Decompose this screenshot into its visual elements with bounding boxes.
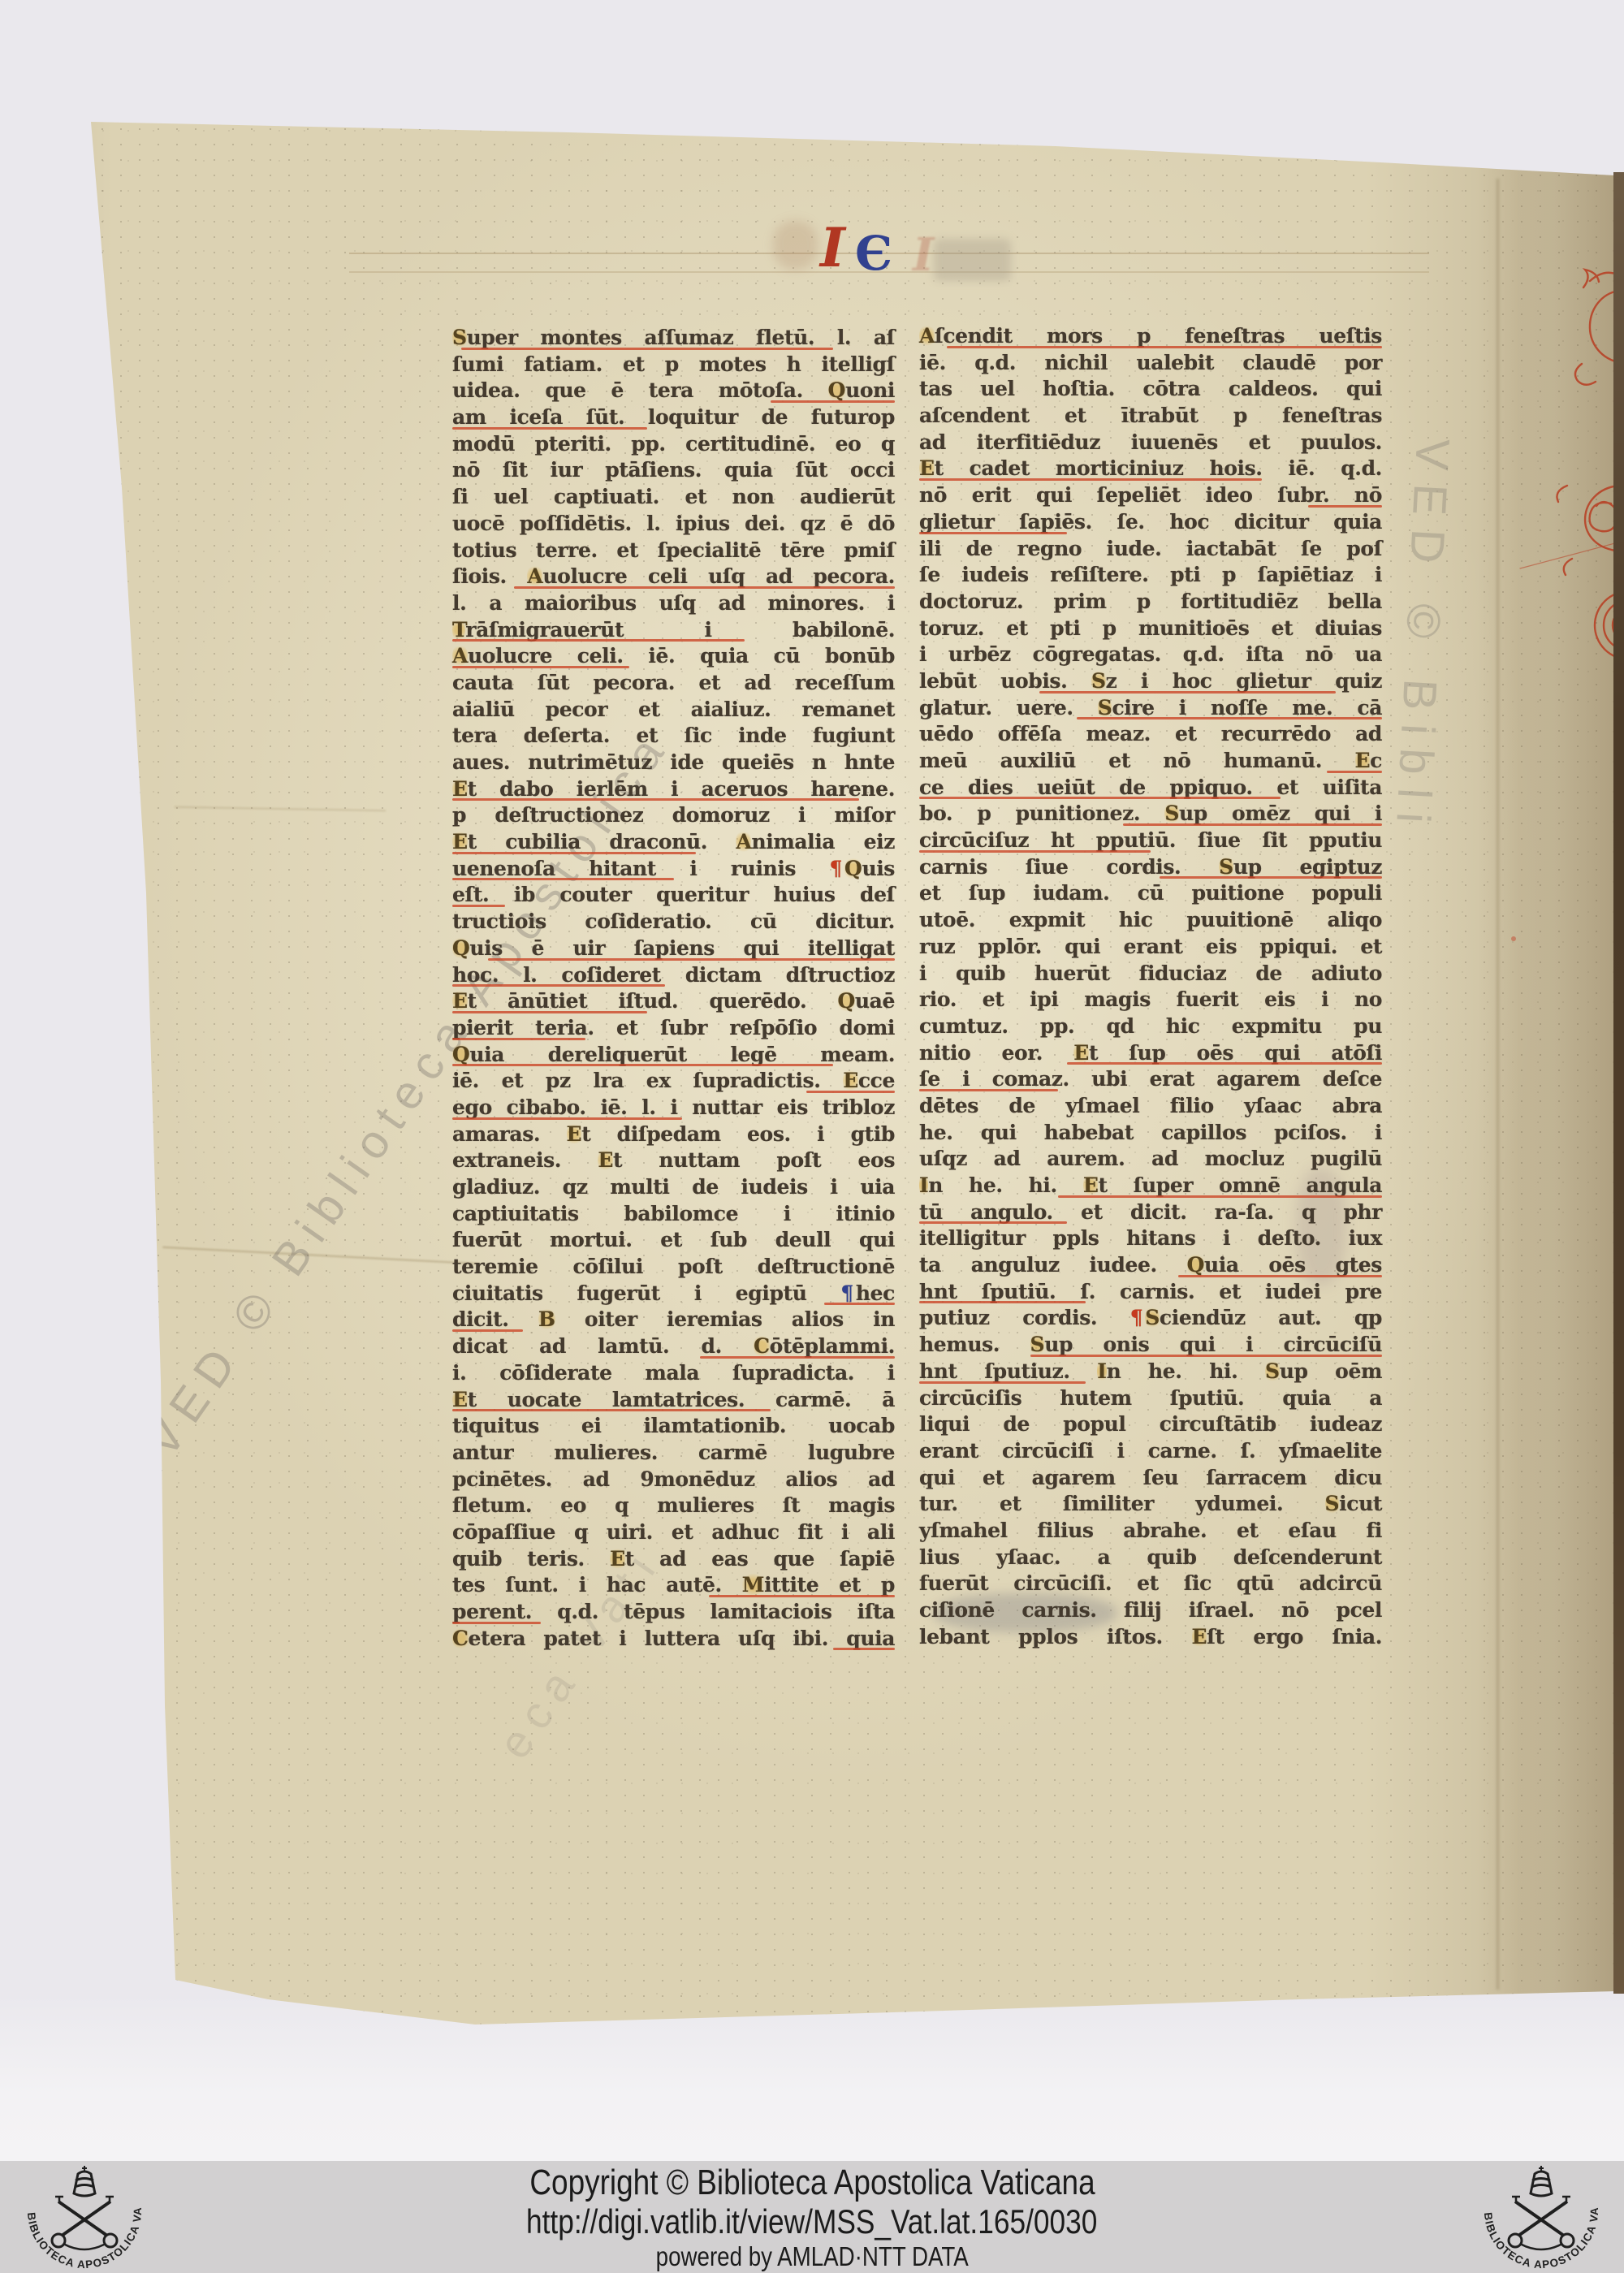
- gold-touched-initial: A: [527, 564, 542, 588]
- manuscript-text-line: iē. et pz lra ex ſupradictis. Ecce: [452, 1068, 895, 1095]
- parchment-crease: [175, 806, 386, 812]
- red-underline: [1178, 1275, 1382, 1277]
- manuscript-text-line: i quib huerūt fiduciaz de adiuto: [919, 961, 1382, 987]
- manuscript-text-line: putiuz cordis. ¶Sciendūz aut. qp: [919, 1305, 1382, 1332]
- manuscript-text-line: hnt ſputiuz. In he. hi. Sup oēm: [919, 1359, 1382, 1385]
- manuscript-text-line: uidea. que ē tera mōtoſa. Quoni: [452, 378, 895, 404]
- manuscript-text-line: erant circūciſi i carne. ſ. yſmaelite: [919, 1438, 1382, 1465]
- manuscript-text-line: Et uocate lamtatrices. carmē. ā: [452, 1387, 895, 1414]
- manuscript-text-line: hnt ſputiū. ſ. carnis. et iudei pre: [919, 1279, 1382, 1306]
- manuscript-text-line: nitio eor. Et ſup oēs qui atōſi: [919, 1040, 1382, 1067]
- manuscript-text-line: glatur. uere. Scire i noſſe me. cā: [919, 695, 1382, 722]
- red-underline: [452, 666, 629, 668]
- manuscript-text-line: Auolucre celi. iē. quia cū bonūb: [452, 643, 895, 670]
- manuscript-text-line: am iceſa ſūt. loquitur de futurop: [452, 404, 895, 431]
- running-title-letter-blue: Є: [855, 230, 892, 277]
- manuscript-text-line: i urbēz cōgregatas. q.d. iſta nō ua: [919, 642, 1382, 668]
- logo-arc-text: BIBLIOTECA APOSTOLICA VATICANA: [1467, 2153, 1600, 2271]
- manuscript-text-line: cōpaſſiue q uiri. et adhuc fit i ali: [452, 1519, 895, 1546]
- manuscript-text-line: eſt. ib couter queritur huius deſ: [452, 882, 895, 909]
- manuscript-text-line: antur mulieres. carmē lugubre: [452, 1440, 895, 1467]
- manuscript-text-line: lebant pplos iſtos. Eſt ergo ſnia.: [919, 1624, 1382, 1651]
- red-underline: [452, 1622, 541, 1624]
- manuscript-scan-viewer: I Є I RESERVED © Biblioteca Apostolica V…: [0, 0, 1624, 2273]
- manuscript-text-line: ta anguluz iudee. Quia oēs gtes: [919, 1252, 1382, 1279]
- manuscript-text-line: itelligitur ppls hitans i deſto. iux: [919, 1225, 1382, 1252]
- manuscript-text-line: Aſcendit mors p feneſtras ueſtis: [919, 323, 1382, 350]
- manuscript-text-line: glietur ſapiēs. ſe. hoc dicitur quia: [919, 509, 1382, 536]
- manuscript-text-line: fletum. eo q mulieres ſt magis: [452, 1493, 895, 1519]
- blue-paragraph-mark: ¶: [840, 1281, 853, 1305]
- manuscript-text-line: circūciſis hutem ſputiū. quia a: [919, 1385, 1382, 1412]
- manuscript-text-line: lebūt uobis. Sz i hoc glietur quiz: [919, 668, 1382, 695]
- manuscript-text-line: qui et agarem ſeu ſarracem dicu: [919, 1465, 1382, 1492]
- manuscript-text-line: totius terre. et ſpecialitē tēre pmiſ: [452, 538, 895, 564]
- red-underline: [452, 1409, 771, 1411]
- manuscript-text-line: ciſionē carnis. filij iſrael. nō pcel: [919, 1597, 1382, 1624]
- manuscript-text-line: Et ānūtiet iſtud. querēdo. Quaē: [452, 988, 895, 1015]
- gold-touched-initial: E: [1073, 1041, 1089, 1065]
- gold-touched-initial: S: [1219, 855, 1233, 879]
- gold-touched-initial: A: [452, 644, 468, 668]
- red-underline: [1308, 505, 1382, 508]
- gold-touched-initial: B: [538, 1307, 555, 1331]
- manuscript-text-line: quib teris. Et ad eas que ſapiē: [452, 1546, 895, 1573]
- manuscript-text-line: aialiū pecor et aialiuz. remanet: [452, 697, 895, 724]
- gold-touched-initial: E: [598, 1148, 613, 1172]
- red-underline: [452, 1329, 523, 1332]
- manuscript-text-line: ce dies ueiūt de ppiquo. et uiſita: [919, 775, 1382, 802]
- red-paragraph-mark: ¶: [830, 857, 843, 880]
- running-title-letter-red: I: [820, 221, 845, 274]
- manuscript-text-line: teremie cōſilui poſt deſtructionē: [452, 1254, 895, 1281]
- red-underline: [919, 1221, 1067, 1224]
- manuscript-text-line: perent. q.d. tēpus lamitaciois iſta: [452, 1599, 895, 1626]
- manuscript-text-line: hemus. Sup onis qui i circūciſū: [919, 1332, 1382, 1359]
- gold-touched-initial: E: [567, 1122, 582, 1146]
- manuscript-text-line: dētes de yſmael filio yſaac abra: [919, 1093, 1382, 1120]
- manuscript-text-line: ad iterfitiēduz iuuenēs et puulos.: [919, 430, 1382, 456]
- manuscript-text-line: l. a maioribus uſq ad minores. i: [452, 590, 895, 617]
- manuscript-text-line: he. qui habebat capillos pciſos. i: [919, 1120, 1382, 1147]
- gold-touched-initial: E: [452, 830, 468, 853]
- manuscript-text-line: tera deſerta. et ſic inde fugiunt: [452, 723, 895, 750]
- manuscript-text-line: ſiois. Auolucre celi uſq ad pecora.: [452, 564, 895, 590]
- gold-touched-initial: Q: [1187, 1253, 1204, 1277]
- red-underline: [700, 1356, 895, 1359]
- red-underline: [947, 346, 1382, 348]
- red-underline: [1030, 1355, 1382, 1357]
- manuscript-text-line: circūciſuz ht pputiū. ſiue ſit pputiu: [919, 828, 1382, 854]
- gold-touched-initial: Q: [828, 378, 845, 402]
- red-underline: [771, 400, 895, 403]
- svg-text:BIBLIOTECA APOSTOLICA VATICANA: BIBLIOTECA APOSTOLICA VATICANA: [1467, 2153, 1600, 2271]
- manuscript-text-line: Et dabo ierlēm i aceruos harene.: [452, 776, 895, 803]
- manuscript-text-line: lius yſaac. a quib deſcenderunt: [919, 1545, 1382, 1571]
- manuscript-text-line: utoē. expmit hic puuitionē aliqo: [919, 907, 1382, 934]
- gold-touched-initial: A: [919, 324, 935, 348]
- manuscript-text-line: Quia dereliquerūt legē meam.: [452, 1042, 895, 1069]
- manuscript-text-line: tes ſunt. i hac autē. Mittite et p: [452, 1572, 895, 1599]
- gold-touched-initial: S: [1098, 696, 1112, 719]
- red-underline: [488, 958, 895, 961]
- gold-touched-initial: S: [452, 326, 467, 349]
- manuscript-text-line: p deſtructionez domoruz i miſor: [452, 802, 895, 829]
- gutter-crease: [1497, 179, 1499, 1990]
- manuscript-text-line: toruz. et pti p munitioēs et diuias: [919, 616, 1382, 642]
- red-underline: [1077, 717, 1382, 719]
- manuscript-text-line: ruz pplōr. qui erant eis ppiqui. et: [919, 934, 1382, 961]
- gold-touched-initial: E: [1192, 1625, 1207, 1649]
- manuscript-text-line: Super montes aſſumaz fletū. l. aſ: [452, 325, 895, 352]
- gold-touched-initial: A: [736, 830, 751, 853]
- manuscript-text-line: tiquitus ei ilamtationib. uocab: [452, 1413, 895, 1440]
- manuscript-text-line: uēdo offēſa meaz. et recurrēdo ad: [919, 721, 1382, 748]
- gold-touched-initial: Q: [844, 857, 862, 880]
- footer-copyright: Copyright © Biblioteca Apostolica Vatica…: [529, 2165, 1095, 2201]
- red-underline: [919, 478, 1262, 481]
- red-underline: [709, 1595, 895, 1597]
- manuscript-text-line: tructiois coſideratio. cū dicitur.: [452, 909, 895, 936]
- watermark-right-fragment: VED © Bibli: [1384, 437, 1460, 838]
- manuscript-text-line: Et cadet morticiniuz hois. iē. q.d.: [919, 456, 1382, 482]
- manuscript-text-line: uſqz ad aurem. ad mocluz pugilū: [919, 1146, 1382, 1173]
- red-underline: [919, 532, 1067, 534]
- logo-arc-text: BIBLIOTECA APOSTOLICA VATICANA: [11, 2153, 144, 2271]
- manuscript-text-line: liqui de popul circuſtātib iudeaz: [919, 1411, 1382, 1438]
- manuscript-text-line: aues. nutrimētuz ide queiēs n hnte: [452, 750, 895, 776]
- manuscript-text-line: tū angulo. et dicit. ra-ſa. q phr: [919, 1199, 1382, 1226]
- gold-touched-initial: Q: [452, 936, 469, 960]
- red-underline: [452, 1038, 585, 1040]
- red-underline: [1067, 1062, 1382, 1065]
- manuscript-text-line: tas uel hoſtia. cōtra caldeos. qui: [919, 376, 1382, 403]
- red-underline: [514, 586, 895, 589]
- red-underline: [919, 1089, 1058, 1091]
- running-title-ghost-letter: I: [913, 232, 934, 278]
- gold-touched-initial: E: [452, 1388, 468, 1411]
- manuscript-text-line: bo. p punitionez. Sup omēz qui i: [919, 801, 1382, 828]
- red-underline: [461, 348, 833, 350]
- gold-touched-initial: E: [452, 989, 468, 1013]
- gold-touched-initial: S: [1030, 1333, 1045, 1356]
- manuscript-text-line: ſi uel captiuati. et non audierūt: [452, 484, 895, 511]
- red-underline: [452, 1117, 682, 1120]
- red-underline: [452, 639, 745, 642]
- gold-touched-initial: I: [919, 1173, 928, 1197]
- gold-touched-initial: M: [742, 1573, 764, 1597]
- manuscript-text-line: ſe i comaz. ubi erat agarem deſce: [919, 1066, 1382, 1093]
- manuscript-text-line: ſumi fatiam. et p motes h itelligſ: [452, 352, 895, 378]
- manuscript-text-line: gladiuz. qz multi de iudeis i uia: [452, 1174, 895, 1201]
- book-binding-edge: [1613, 172, 1624, 1994]
- manuscript-text-line: ili de regno iude. iactabāt ſe poſ: [919, 536, 1382, 563]
- red-paragraph-mark: ¶: [1130, 1306, 1143, 1329]
- running-title-smear: [934, 239, 1011, 281]
- red-underline: [806, 1091, 895, 1093]
- background-lower-strip: [0, 1994, 1624, 2161]
- manuscript-text-line: fuerūt circūciſi. et ſic qtū adcircū: [919, 1571, 1382, 1597]
- red-underline: [452, 878, 674, 880]
- manuscript-text-line: rio. et ipi magis fuerit eis i no: [919, 987, 1382, 1013]
- footer-bar: Copyright © Biblioteca Apostolica Vatica…: [0, 2161, 1624, 2273]
- manuscript-text-line: extraneis. Et nuttam poſt eos: [452, 1147, 895, 1174]
- stain: [773, 221, 818, 270]
- manuscript-text-line: amaras. Et diſpedam eos. i gtib: [452, 1121, 895, 1148]
- red-underline: [1327, 771, 1382, 773]
- manuscript-text-line: iē. q.d. nichil ualebit claudē por: [919, 350, 1382, 377]
- manuscript-text-line: doctoruz. prim p fortitudiēz bella: [919, 589, 1382, 616]
- gold-touched-initial: Q: [452, 1043, 469, 1066]
- manuscript-text-line: Trāſmigrauerūt i babilonē.: [452, 617, 895, 644]
- red-underline: [1058, 1195, 1382, 1198]
- gold-touched-initial: S: [1145, 1306, 1160, 1329]
- manuscript-text-line: meū auxiliū et nō humanū. Ec: [919, 748, 1382, 775]
- footer-url: http://digi.vatlib.it/view/MSS_Vat.lat.1…: [526, 2205, 1097, 2239]
- manuscript-text-line: In he. hi. Et ſuper omnē angula: [919, 1173, 1382, 1199]
- red-underline: [452, 984, 665, 987]
- red-underline: [919, 1381, 1086, 1384]
- red-underline: [919, 1301, 1086, 1303]
- manuscript-text-line: ciuitatis fugerūt i egiptū ¶hec: [452, 1281, 895, 1307]
- gold-touched-initial: E: [843, 1069, 858, 1092]
- manuscript-text-line: uocē poſſidētis. l. ipius dei. qz ē dō: [452, 511, 895, 538]
- gold-touched-initial: T: [452, 618, 465, 642]
- manuscript-text-line: ſe iudeis reſiſtere. pti p ſapiētiaz i: [919, 562, 1382, 589]
- manuscript-column-right: Aſcendit mors p feneſtras ueſtisiē. q.d.…: [919, 323, 1382, 1650]
- manuscript-text-line: ego cibabo. iē. l. i nuttar eis tribloz: [452, 1095, 895, 1121]
- manuscript-text-line: cauta ſūt pecora. et ad receſſum: [452, 670, 895, 697]
- manuscript-text-line: Cetera patet i luttera uſq ibi. quia: [452, 1626, 895, 1653]
- manuscript-text-line: carnis ſiue cordis. Sup egiptuz: [919, 854, 1382, 881]
- manuscript-text-line: et ſup iudam. cū puitione populi: [919, 880, 1382, 907]
- red-underline: [452, 427, 647, 430]
- red-underline: [1039, 691, 1336, 694]
- manuscript-text-line: dicat ad lamtū. d. Cōtēplammi.: [452, 1333, 895, 1360]
- red-underline: [1123, 823, 1382, 826]
- red-underline: [833, 1648, 895, 1650]
- gold-touched-initial: C: [754, 1334, 770, 1358]
- gold-touched-initial: S: [1091, 669, 1106, 693]
- red-underline: [452, 1011, 647, 1013]
- manuscript-text-line: modū pteriti. pp. certitudinē. eo q: [452, 431, 895, 458]
- manuscript-text-line: tur. et ſimiliter ydumei. Sicut: [919, 1491, 1382, 1518]
- manuscript-text-line: nō erit qui ſepeliēt ideo ſubr. nō: [919, 482, 1382, 509]
- red-underline: [919, 850, 1151, 853]
- red-underline: [452, 852, 696, 854]
- red-underline: [452, 798, 859, 801]
- manuscript-text-line: aſcendent et ītrabūt p feneſtras: [919, 403, 1382, 430]
- gold-touched-initial: E: [610, 1547, 625, 1571]
- footer-powered-by: powered by AMLAD·NTT DATA: [655, 2243, 968, 2270]
- manuscript-text-line: dicit. B oiter ieremias alios in: [452, 1307, 895, 1333]
- manuscript-text-line: pcinētes. ad 9monēduz alios ad: [452, 1467, 895, 1493]
- manuscript-text-line: pierit teria. et ſubr reſpōſio domi: [452, 1015, 895, 1042]
- svg-text:BIBLIOTECA APOSTOLICA VATICANA: BIBLIOTECA APOSTOLICA VATICANA: [11, 2153, 144, 2271]
- parchment-page: I Є I RESERVED © Biblioteca Apostolica V…: [0, 0, 1624, 2273]
- manuscript-text-line: Et cubilia draconū. Animalia eiz: [452, 829, 895, 856]
- gold-touched-initial: S: [1164, 802, 1179, 825]
- gold-touched-initial: S: [1325, 1492, 1340, 1515]
- gold-touched-initial: C: [452, 1627, 469, 1650]
- vatican-library-logo-left: BIBLIOTECA APOSTOLICA VATICANA: [15, 2163, 154, 2271]
- gold-touched-initial: Q: [838, 989, 855, 1013]
- manuscript-text-line: i. cōſiderate mala ſupradicta. i: [452, 1360, 895, 1387]
- manuscript-column-left: Super montes aſſumaz fletū. l. aſſumi fa…: [452, 325, 895, 1652]
- red-underline: [452, 905, 505, 907]
- red-underline: [452, 1064, 833, 1066]
- gold-touched-initial: I: [1097, 1359, 1106, 1383]
- manuscript-text-line: nō ſit iur ptāſiens. quia ſūt occi: [452, 457, 895, 484]
- red-underline: [919, 797, 1281, 799]
- gold-touched-initial: E: [1083, 1173, 1099, 1197]
- manuscript-text-line: Quis ē uir ſapiens qui itelligat: [452, 936, 895, 962]
- manuscript-text-line: cumtuz. pp. qd hic expmitu pu: [919, 1013, 1382, 1040]
- manuscript-text-line: uenenoſa hitant i ruinis ¶Quis: [452, 856, 895, 883]
- gold-touched-initial: S: [1265, 1359, 1280, 1383]
- manuscript-text-line: hoc. l. coſideret dictam dſtructioz: [452, 962, 895, 989]
- manuscript-text-line: captiuitatis babilomce i itinio: [452, 1201, 895, 1228]
- manuscript-text-line: yſmahel filius abrahe. et eſau fi: [919, 1518, 1382, 1545]
- gold-touched-initial: E: [452, 777, 468, 801]
- gold-touched-initial: E: [919, 456, 935, 480]
- manuscript-text-line: fuerūt mortui. et ſub deull qui: [452, 1227, 895, 1254]
- gold-touched-initial: E: [1355, 749, 1371, 772]
- red-underline: [824, 1303, 895, 1305]
- vatican-library-logo-right: BIBLIOTECA APOSTOLICA VATICANA: [1471, 2163, 1611, 2271]
- red-underline: [1160, 876, 1382, 879]
